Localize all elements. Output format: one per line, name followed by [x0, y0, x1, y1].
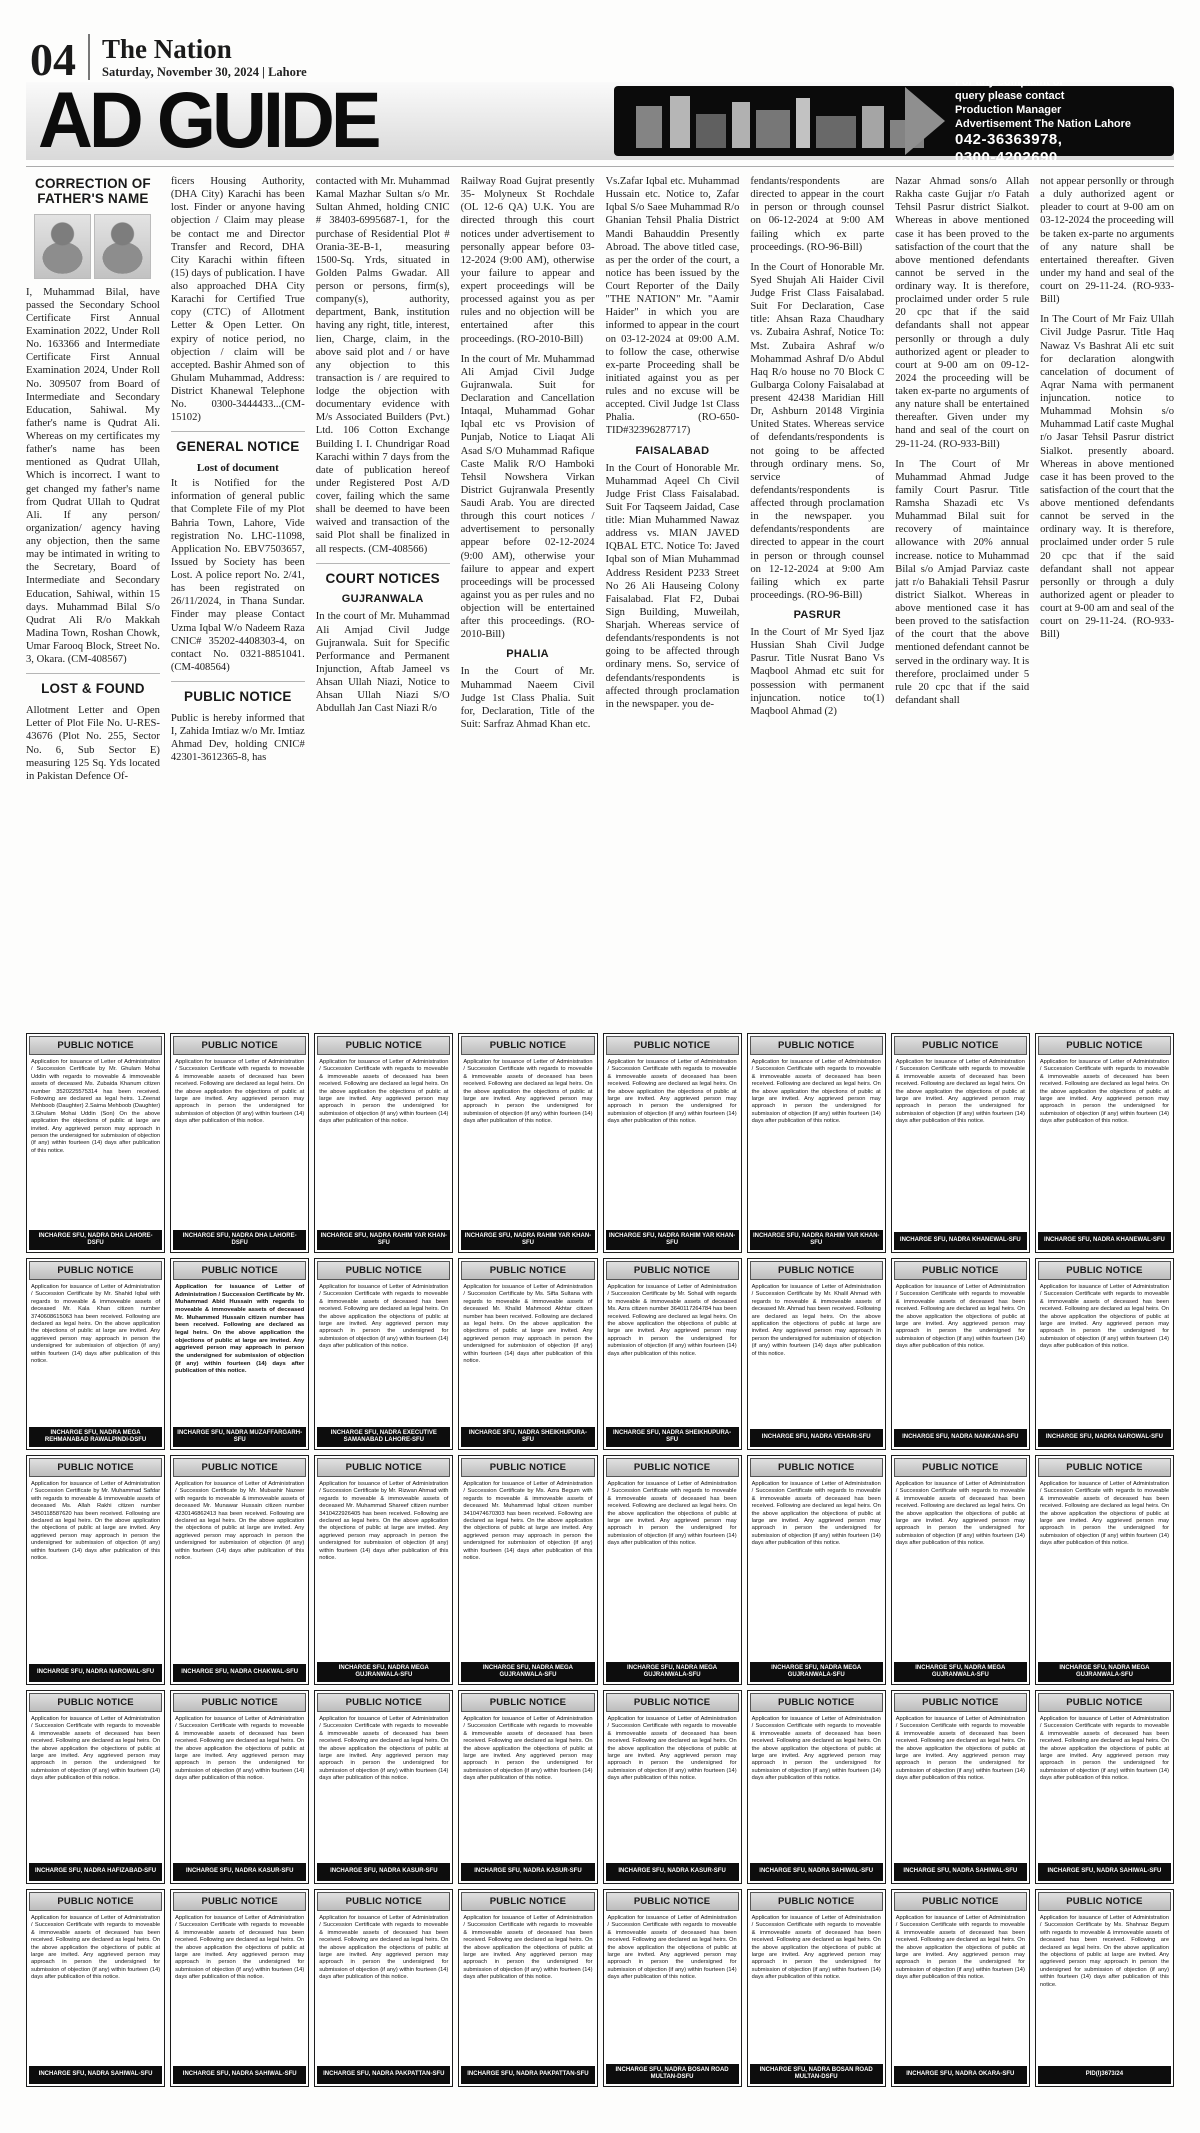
- public-notice-header: PUBLIC NOTICE: [750, 1892, 883, 1911]
- page-number: 04: [30, 39, 76, 80]
- public-notice-header: PUBLIC NOTICE: [173, 1458, 306, 1477]
- public-notice-box: PUBLIC NOTICEApplication for issuance of…: [458, 1889, 597, 2087]
- section-header: PUBLIC NOTICE: [171, 690, 305, 705]
- nadra-office-footer: INCHARGE SFU, NADRA SHEIKHUPURA-SFU: [606, 1427, 739, 1447]
- public-notice-body: Application for issuance of Letter of Ad…: [459, 1913, 596, 2064]
- public-notice-header: PUBLIC NOTICE: [750, 1693, 883, 1712]
- nadra-office-footer: INCHARGE SFU, NADRA KASUR-SFU: [173, 1863, 306, 1881]
- grid-row-2: PUBLIC NOTICEApplication for issuance of…: [26, 1258, 1174, 1450]
- public-notice-box: PUBLIC NOTICEApplication for issuance of…: [891, 1033, 1030, 1253]
- applicant-photos: [26, 214, 160, 279]
- public-notice-body: Application for issuance of Letter of Ad…: [748, 1913, 885, 2062]
- notice-text: In the court of Mr. Muhammad Ali Amjad C…: [316, 610, 450, 715]
- public-notice-body: Application for issuance of Letter of Ad…: [748, 1479, 885, 1660]
- nadra-office-footer: INCHARGE SFU, NADRA MEGA GUJRANWALA-SFU: [894, 1662, 1027, 1682]
- notice-text: In the Court of Honorable Mr. Syed Shuja…: [750, 261, 884, 602]
- nadra-office-footer: INCHARGE SFU, NADRA VEHARI-SFU: [750, 1429, 883, 1447]
- public-notice-header: PUBLIC NOTICE: [750, 1458, 883, 1477]
- public-notice-grid: PUBLIC NOTICEApplication for issuance of…: [26, 1033, 1174, 2087]
- public-notice-body: Application for issuance of Letter of Ad…: [315, 1479, 452, 1660]
- public-notice-body: Application for issuance of Letter of Ad…: [315, 1913, 452, 2064]
- contact-line: query please contact: [955, 90, 1160, 104]
- public-notice-header: PUBLIC NOTICE: [1038, 1261, 1171, 1280]
- public-notice-body: Application for issuance of Letter of Ad…: [748, 1282, 885, 1427]
- nadra-office-footer: INCHARGE SFU, NADRA RAHIM YAR KHAN-SFU: [317, 1230, 450, 1250]
- public-notice-box: PUBLIC NOTICEApplication for issuance of…: [170, 1690, 309, 1884]
- notice-text: contacted with Mr. Muhammad Kamal Mazhar…: [316, 175, 450, 556]
- notice-text: In the Court of Mr Syed Ijaz Hussian Sha…: [750, 626, 884, 718]
- notice-text: In the court of Mr. Muhammad Ali Amjad C…: [461, 353, 595, 642]
- contact-line: Advertisement The Nation Lahore: [955, 118, 1160, 132]
- public-notice-header: PUBLIC NOTICE: [1038, 1892, 1171, 1911]
- public-notice-box: PUBLIC NOTICEApplication for issuance of…: [603, 1258, 742, 1450]
- public-notice-body: Application for issuance of Letter of Ad…: [1036, 1057, 1173, 1230]
- public-notice-body: Application for issuance of Letter of Ad…: [604, 1057, 741, 1228]
- dateline: Saturday, November 30, 2024 | Lahore: [102, 65, 307, 80]
- public-notice-body: Application for issuance of Letter of Ad…: [892, 1479, 1029, 1660]
- notice-text: In The Court of Mr Faiz Ullah Civil Judg…: [1040, 313, 1174, 641]
- court-city-subheader: PHALIA: [461, 648, 595, 660]
- banner-title: AD GUIDE: [26, 83, 378, 158]
- public-notice-box: PUBLIC NOTICEApplication for issuance of…: [603, 1455, 742, 1685]
- public-notice-box: PUBLIC NOTICEApplication for issuance of…: [314, 1455, 453, 1685]
- public-notice-box: PUBLIC NOTICEApplication for issuance of…: [26, 1455, 165, 1685]
- public-notice-header: PUBLIC NOTICE: [29, 1693, 162, 1712]
- nadra-office-footer: INCHARGE SFU, NADRA MEGA GUJRANWALA-SFU: [750, 1662, 883, 1682]
- section-header: CORRECTION OF FATHER'S NAME: [26, 177, 160, 207]
- nadra-office-footer: INCHARGE SFU, NADRA MEGA GUJRANWALA-SFU: [606, 1662, 739, 1682]
- public-notice-box: PUBLIC NOTICEApplication for issuance of…: [747, 1889, 886, 2087]
- public-notice-body: Application for issuance of Letter of Ad…: [459, 1057, 596, 1228]
- public-notice-box: PUBLIC NOTICEApplication for issuance of…: [747, 1455, 886, 1685]
- public-notice-box: PUBLIC NOTICEApplication for issuance of…: [603, 1690, 742, 1884]
- public-notice-header: PUBLIC NOTICE: [317, 1892, 450, 1911]
- public-notice-header: PUBLIC NOTICE: [173, 1036, 306, 1055]
- public-notice-header: PUBLIC NOTICE: [29, 1036, 162, 1055]
- public-notice-body: Application for issuance of Letter of Ad…: [604, 1913, 741, 2062]
- nadra-office-footer: INCHARGE SFU, NADRA NAROWAL-SFU: [1038, 1429, 1171, 1447]
- nadra-office-footer: PID(I)3673/24: [1038, 2066, 1171, 2084]
- nadra-office-footer: INCHARGE SFU, NADRA BOSAN ROAD MULTAN-DS…: [750, 2064, 883, 2084]
- public-notice-header: PUBLIC NOTICE: [1038, 1036, 1171, 1055]
- section-divider: [316, 563, 450, 564]
- nadra-office-footer: INCHARGE SFU, NADRA HAFIZABAD-SFU: [29, 1863, 162, 1881]
- editorial-column-2: ficers Housing Authority, (DHA City) Kar…: [171, 175, 305, 1023]
- contact-phone: 042-36363978,: [955, 131, 1160, 148]
- public-notice-box: PUBLIC NOTICEApplication for issuance of…: [603, 1033, 742, 1253]
- section-header: COURT NOTICES: [316, 572, 450, 587]
- public-notice-body: Application for issuance of Letter of Ad…: [604, 1479, 741, 1660]
- contact-line: Production Manager: [955, 104, 1160, 118]
- public-notice-header: PUBLIC NOTICE: [894, 1458, 1027, 1477]
- public-notice-body: Application for issuance of Letter of Ad…: [1036, 1282, 1173, 1427]
- public-notice-body: Application for issuance of Letter of Ad…: [315, 1282, 452, 1425]
- public-notice-box: PUBLIC NOTICEApplication for issuance of…: [891, 1690, 1030, 1884]
- public-notice-box: PUBLIC NOTICEApplication for issuance of…: [314, 1033, 453, 1253]
- chevron-right-shape: [905, 87, 945, 155]
- nadra-office-footer: INCHARGE SFU, NADRA KHANEWAL-SFU: [894, 1232, 1027, 1250]
- grid-row-3: PUBLIC NOTICEApplication for issuance of…: [26, 1455, 1174, 1685]
- section-header: GENERAL NOTICE: [171, 440, 305, 455]
- public-notice-box: PUBLIC NOTICEApplication for issuance of…: [1035, 1258, 1174, 1450]
- public-notice-body: Application for issuance of Letter of Ad…: [604, 1282, 741, 1425]
- public-notice-box: PUBLIC NOTICEApplication for issuance of…: [458, 1690, 597, 1884]
- nadra-office-footer: INCHARGE SFU, NADRA RAHIM YAR KHAN-SFU: [606, 1230, 739, 1250]
- public-notice-header: PUBLIC NOTICE: [173, 1693, 306, 1712]
- public-notice-box: PUBLIC NOTICEApplication for issuance of…: [170, 1033, 309, 1253]
- nadra-office-footer: INCHARGE SFU, NADRA SAHIWAL-SFU: [1038, 1863, 1171, 1881]
- public-notice-body: Application for issuance of Letter of Ad…: [315, 1057, 452, 1228]
- masthead: 04 The Nation Saturday, November 30, 202…: [30, 18, 1176, 80]
- nadra-office-footer: INCHARGE SFU, NADRA DHA LAHORE-DSFU: [173, 1230, 306, 1250]
- nadra-office-footer: INCHARGE SFU, NADRA SHEIKHUPURA-SFU: [461, 1427, 594, 1447]
- nadra-office-footer: INCHARGE SFU, NADRA KASUR-SFU: [317, 1863, 450, 1881]
- public-notice-body: Application for issuance of Letter of Ad…: [604, 1714, 741, 1861]
- public-notice-box: PUBLIC NOTICEApplication for issuance of…: [1035, 1033, 1174, 1253]
- public-notice-header: PUBLIC NOTICE: [173, 1261, 306, 1280]
- notice-text: fendants/respondents are directed to app…: [750, 175, 884, 254]
- public-notice-header: PUBLIC NOTICE: [606, 1036, 739, 1055]
- section-header: LOST & FOUND: [26, 682, 160, 697]
- public-notice-body: Application for issuance of Letter of Ad…: [1036, 1913, 1173, 2064]
- public-notice-header: PUBLIC NOTICE: [894, 1261, 1027, 1280]
- nadra-office-footer: INCHARGE SFU, NADRA SAHIWAL-SFU: [894, 1863, 1027, 1881]
- editorial-column-8: not appear personlly or through a duly a…: [1040, 175, 1174, 1023]
- nadra-office-footer: INCHARGE SFU, NADRA KASUR-SFU: [461, 1863, 594, 1881]
- public-notice-box: PUBLIC NOTICEApplication for issuance of…: [26, 1258, 165, 1450]
- notice-text: Vs.Zafar Iqbal etc. Muhammad Hussain etc…: [606, 175, 740, 438]
- public-notice-body: Application for issuance of Letter of Ad…: [748, 1057, 885, 1228]
- public-notice-header: PUBLIC NOTICE: [461, 1036, 594, 1055]
- nadra-office-footer: INCHARGE SFU, NADRA CHAKWAL-SFU: [173, 1664, 306, 1682]
- public-notice-box: PUBLIC NOTICEApplication for issuance of…: [747, 1258, 886, 1450]
- public-notice-box: PUBLIC NOTICEApplication for issuance of…: [891, 1455, 1030, 1685]
- public-notice-header: PUBLIC NOTICE: [606, 1261, 739, 1280]
- editorial-column-4: Railway Road Gujrat presently 35- Molyne…: [461, 175, 595, 1023]
- grid-row-1: PUBLIC NOTICEApplication for issuance of…: [26, 1033, 1174, 1253]
- notice-subtitle: Lost of document: [171, 462, 305, 474]
- public-notice-header: PUBLIC NOTICE: [461, 1458, 594, 1477]
- nadra-office-footer: INCHARGE SFU, NADRA RAHIM YAR KHAN-SFU: [461, 1230, 594, 1250]
- public-notice-body: Application for issuance of Letter of Ad…: [27, 1057, 164, 1228]
- public-notice-body: Application for issuance of Letter of Ad…: [171, 1057, 308, 1228]
- public-notice-box: PUBLIC NOTICEApplication for issuance of…: [891, 1258, 1030, 1450]
- public-notice-header: PUBLIC NOTICE: [461, 1892, 594, 1911]
- notice-text: In the Court of Honorable Mr. Muhammad A…: [606, 462, 740, 711]
- public-notice-box: PUBLIC NOTICEApplication for issuance of…: [170, 1258, 309, 1450]
- notice-text: In the Court of Mr. Muhammad Naeem Civil…: [461, 665, 595, 731]
- public-notice-body: Application for issuance of Letter of Ad…: [171, 1714, 308, 1861]
- public-notice-header: PUBLIC NOTICE: [461, 1261, 594, 1280]
- public-notice-header: PUBLIC NOTICE: [29, 1261, 162, 1280]
- nadra-office-footer: INCHARGE SFU, NADRA SAHIWAL-SFU: [29, 2066, 162, 2084]
- nadra-office-footer: INCHARGE SFU, NADRA MEGA GUJRANWALA-SFU: [317, 1662, 450, 1682]
- public-notice-header: PUBLIC NOTICE: [606, 1458, 739, 1477]
- contact-line: For any complaint or: [955, 82, 1160, 90]
- nadra-office-footer: INCHARGE SFU, NADRA MEGA GUJRANWALA-SFU: [1038, 1662, 1171, 1682]
- public-notice-header: PUBLIC NOTICE: [317, 1036, 450, 1055]
- public-notice-box: PUBLIC NOTICEApplication for issuance of…: [314, 1889, 453, 2087]
- public-notice-header: PUBLIC NOTICE: [1038, 1458, 1171, 1477]
- section-divider: [171, 431, 305, 432]
- public-notice-box: PUBLIC NOTICEApplication for issuance of…: [747, 1033, 886, 1253]
- public-notice-body: Application for issuance of Letter of Ad…: [27, 1913, 164, 2064]
- public-notice-header: PUBLIC NOTICE: [173, 1892, 306, 1911]
- nadra-office-footer: INCHARGE SFU, NADRA MUZAFFARGARH-SFU: [173, 1427, 306, 1447]
- court-city-subheader: GUJRANWALA: [316, 593, 450, 605]
- public-notice-box: PUBLIC NOTICEApplication for issuance of…: [458, 1033, 597, 1253]
- public-notice-box: PUBLIC NOTICEApplication for issuance of…: [314, 1690, 453, 1884]
- public-notice-body: Application for issuance of Letter of Ad…: [892, 1913, 1029, 2064]
- public-notice-body: Application for issuance of Letter of Ad…: [892, 1282, 1029, 1427]
- public-notice-body: Application for issuance of Letter of Ad…: [1036, 1479, 1173, 1660]
- editorial-column-3: contacted with Mr. Muhammad Kamal Mazhar…: [316, 175, 450, 1023]
- public-notice-body: Application for issuance of Letter of Ad…: [27, 1282, 164, 1425]
- paper-name: The Nation: [102, 36, 307, 63]
- public-notice-body: Application for issuance of Letter of Ad…: [171, 1479, 308, 1662]
- public-notice-box: PUBLIC NOTICEApplication for issuance of…: [26, 1033, 165, 1253]
- notice-text: ficers Housing Authority, (DHA City) Kar…: [171, 175, 305, 424]
- editorial-column-7: Nazar Ahmad sons/o Allah Rakha caste Guj…: [895, 175, 1029, 1023]
- nadra-office-footer: INCHARGE SFU, NADRA MEGA GUJRANWALA-SFU: [461, 1662, 594, 1682]
- public-notice-header: PUBLIC NOTICE: [29, 1458, 162, 1477]
- public-notice-header: PUBLIC NOTICE: [317, 1458, 450, 1477]
- nadra-office-footer: INCHARGE SFU, NADRA MEGA REHMANABAD RAWA…: [29, 1427, 162, 1447]
- grid-row-4: PUBLIC NOTICEApplication for issuance of…: [26, 1690, 1174, 1884]
- court-city-subheader: PASRUR: [750, 609, 884, 621]
- public-notice-body: Application for issuance of Letter of Ad…: [171, 1913, 308, 2064]
- notice-text: Railway Road Gujrat presently 35- Molyne…: [461, 175, 595, 346]
- notice-text: In The Court of Mr Muhammad Ahmad Judge …: [895, 458, 1029, 707]
- nadra-office-footer: INCHARGE SFU, NADRA PAKPATTAN-SFU: [461, 2066, 594, 2084]
- masthead-title-block: The Nation Saturday, November 30, 2024 |…: [102, 36, 307, 80]
- public-notice-header: PUBLIC NOTICE: [317, 1261, 450, 1280]
- public-notice-box: PUBLIC NOTICEApplication for issuance of…: [603, 1889, 742, 2087]
- public-notice-box: PUBLIC NOTICEApplication for issuance of…: [458, 1258, 597, 1450]
- city-skyline-art: [630, 94, 930, 148]
- notice-text: Nazar Ahmad sons/o Allah Rakha caste Guj…: [895, 175, 1029, 451]
- public-notice-box: PUBLIC NOTICEApplication for issuance of…: [458, 1455, 597, 1685]
- applicant-photo: [94, 214, 151, 279]
- public-notice-box: PUBLIC NOTICEApplication for issuance of…: [314, 1258, 453, 1450]
- nadra-office-footer: INCHARGE SFU, NADRA SAHIWAL-SFU: [750, 1863, 883, 1881]
- nadra-office-footer: INCHARGE SFU, NADRA OKARA-SFU: [894, 2066, 1027, 2084]
- public-notice-body: Application for issuance of Letter of Ad…: [748, 1714, 885, 1861]
- public-notice-box: PUBLIC NOTICEApplication for issuance of…: [170, 1889, 309, 2087]
- notice-text: Allotment Letter and Open Letter of Plot…: [26, 704, 160, 783]
- notice-text: It is Notified for the information of ge…: [171, 477, 305, 674]
- public-notice-header: PUBLIC NOTICE: [606, 1693, 739, 1712]
- public-notice-body: Application for issuance of Letter of Ad…: [27, 1714, 164, 1861]
- section-divider: [171, 681, 305, 682]
- editorial-column-1: CORRECTION OF FATHER'S NAMEI, Muhammad B…: [26, 175, 160, 1023]
- grid-row-5: PUBLIC NOTICEApplication for issuance of…: [26, 1889, 1174, 2087]
- banner-rule: [26, 166, 1174, 167]
- editorial-columns: CORRECTION OF FATHER'S NAMEI, Muhammad B…: [26, 175, 1174, 1023]
- public-notice-header: PUBLIC NOTICE: [750, 1261, 883, 1280]
- public-notice-box: PUBLIC NOTICEApplication for issuance of…: [170, 1455, 309, 1685]
- masthead-divider: [88, 34, 90, 80]
- public-notice-header: PUBLIC NOTICE: [750, 1036, 883, 1055]
- nadra-office-footer: INCHARGE SFU, NADRA PAKPATTAN-SFU: [317, 2066, 450, 2084]
- public-notice-body: Application for issuance of Letter of Ad…: [27, 1479, 164, 1662]
- nadra-office-footer: INCHARGE SFU, NADRA NAROWAL-SFU: [29, 1664, 162, 1682]
- section-divider: [26, 673, 160, 674]
- public-notice-box: PUBLIC NOTICEApplication for issuance of…: [1035, 1690, 1174, 1884]
- public-notice-body: Application for issuance of Letter of Ad…: [1036, 1714, 1173, 1861]
- nadra-office-footer: INCHARGE SFU, NADRA EXECUTIVE SAMANABAD …: [317, 1427, 450, 1447]
- public-notice-header: PUBLIC NOTICE: [461, 1693, 594, 1712]
- ad-guide-banner: AD GUIDE For any complaint or query plea…: [26, 82, 1174, 160]
- nadra-office-footer: INCHARGE SFU, NADRA BOSAN ROAD MULTAN-DS…: [606, 2064, 739, 2084]
- public-notice-header: PUBLIC NOTICE: [894, 1693, 1027, 1712]
- contact-phone: 0300-4202690: [955, 149, 1160, 161]
- notice-text: I, Muhammad Bilal, have passed the Secon…: [26, 286, 160, 667]
- public-notice-body: Application for issuance of Letter of Ad…: [459, 1282, 596, 1425]
- public-notice-header: PUBLIC NOTICE: [317, 1693, 450, 1712]
- public-notice-header: PUBLIC NOTICE: [894, 1892, 1027, 1911]
- public-notice-header: PUBLIC NOTICE: [1038, 1693, 1171, 1712]
- nadra-office-footer: INCHARGE SFU, NADRA SAHIWAL-SFU: [173, 2066, 306, 2084]
- court-city-subheader: FAISALABAD: [606, 445, 740, 457]
- notice-text: not appear personlly or through a duly a…: [1040, 175, 1174, 306]
- public-notice-body: Application for issuance of Letter of Ad…: [459, 1714, 596, 1861]
- nadra-office-footer: INCHARGE SFU, NADRA NANKANA-SFU: [894, 1429, 1027, 1447]
- public-notice-box: PUBLIC NOTICEApplication for issuance of…: [26, 1690, 165, 1884]
- newspaper-page: 04 The Nation Saturday, November 30, 202…: [0, 0, 1200, 2133]
- public-notice-body: Application for issuance of Letter of Ad…: [315, 1714, 452, 1861]
- public-notice-box: PUBLIC NOTICEApplication for issuance of…: [891, 1889, 1030, 2087]
- nadra-office-footer: INCHARGE SFU, NADRA KHANEWAL-SFU: [1038, 1232, 1171, 1250]
- public-notice-header: PUBLIC NOTICE: [894, 1036, 1027, 1055]
- banner-contact-info: For any complaint or query please contac…: [955, 82, 1174, 160]
- public-notice-box: PUBLIC NOTICEApplication for issuance of…: [747, 1690, 886, 1884]
- public-notice-box: PUBLIC NOTICEApplication for issuance of…: [1035, 1889, 1174, 2087]
- public-notice-body: Application for issuance of Letter of Ad…: [171, 1282, 308, 1425]
- applicant-photo: [34, 214, 91, 279]
- public-notice-header: PUBLIC NOTICE: [606, 1892, 739, 1911]
- public-notice-box: PUBLIC NOTICEApplication for issuance of…: [26, 1889, 165, 2087]
- notice-text: Public is hereby informed that I, Zahida…: [171, 712, 305, 765]
- nadra-office-footer: INCHARGE SFU, NADRA KASUR-SFU: [606, 1863, 739, 1881]
- editorial-column-6: fendants/respondents are directed to app…: [750, 175, 884, 1023]
- public-notice-body: Application for issuance of Letter of Ad…: [459, 1479, 596, 1660]
- editorial-column-5: Vs.Zafar Iqbal etc. Muhammad Hussain etc…: [606, 175, 740, 1023]
- public-notice-header: PUBLIC NOTICE: [29, 1892, 162, 1911]
- nadra-office-footer: INCHARGE SFU, NADRA DHA LAHORE-DSFU: [29, 1230, 162, 1250]
- public-notice-body: Application for issuance of Letter of Ad…: [892, 1714, 1029, 1861]
- banner-art-panel: For any complaint or query please contac…: [614, 86, 1174, 156]
- public-notice-box: PUBLIC NOTICEApplication for issuance of…: [1035, 1455, 1174, 1685]
- public-notice-body: Application for issuance of Letter of Ad…: [892, 1057, 1029, 1230]
- nadra-office-footer: INCHARGE SFU, NADRA RAHIM YAR KHAN-SFU: [750, 1230, 883, 1250]
